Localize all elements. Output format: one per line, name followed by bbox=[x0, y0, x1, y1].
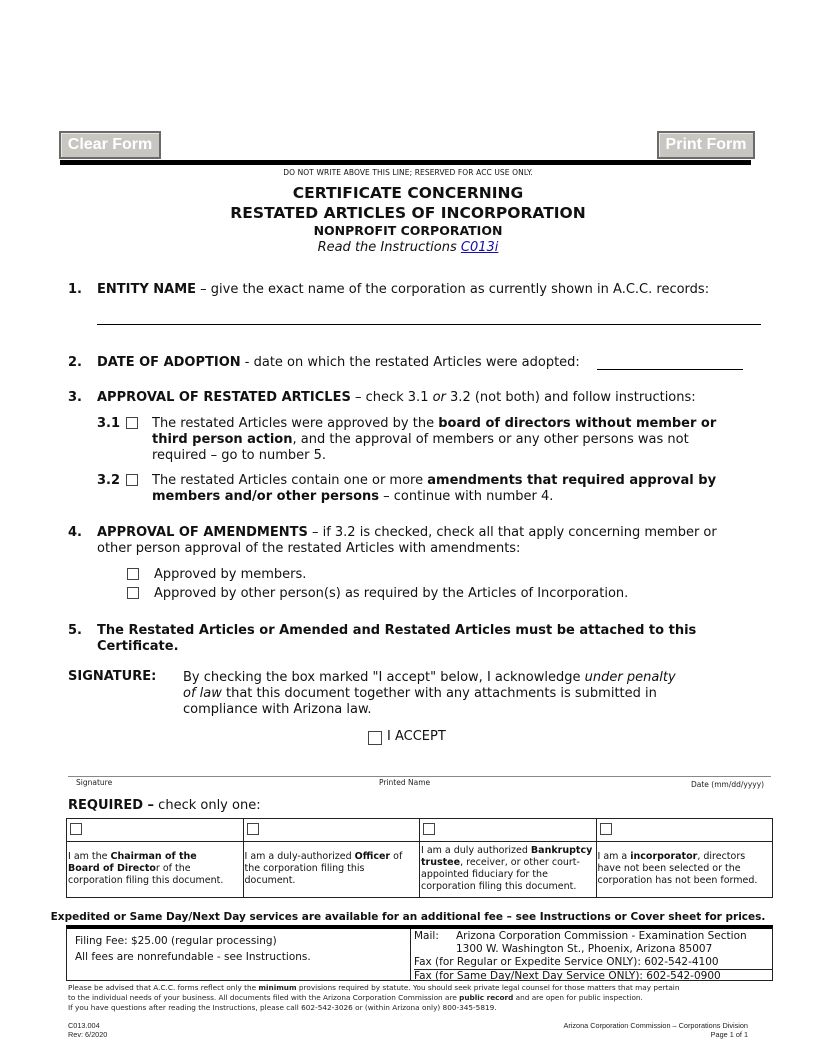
mail-fax-details: Mail: Arizona Corporation Commission - E… bbox=[411, 929, 772, 980]
section-5-number: 5. bbox=[68, 623, 82, 638]
section-2-label: DATE OF ADOPTION - date on which the res… bbox=[97, 355, 580, 371]
signature-caption: Signature bbox=[76, 778, 112, 787]
role-chairman-checkbox[interactable] bbox=[70, 823, 82, 835]
rb-p2: , receiver, or other court- bbox=[460, 857, 580, 868]
rb-p1: I am a duly authorized bbox=[421, 845, 531, 856]
nonrefundable-note: All fees are nonrefundable - see Instruc… bbox=[75, 951, 410, 963]
ro-b1: Officer bbox=[355, 851, 390, 862]
fee-details: Filing Fee: $25.00 (regular processing) … bbox=[67, 929, 411, 980]
role-bankruptcy-checkbox[interactable] bbox=[423, 823, 435, 835]
reserved-notice: DO NOT WRITE ABOVE THIS LINE; RESERVED F… bbox=[0, 168, 816, 177]
role-incorporator-checkbox[interactable] bbox=[600, 823, 612, 835]
agency-name: Arizona Corporation Commission – Corpora… bbox=[563, 1021, 748, 1030]
entity-name-heading: ENTITY NAME bbox=[97, 282, 196, 297]
option-3-1-text: The restated Articles were approved by t… bbox=[152, 416, 752, 464]
section-4-label: APPROVAL OF AMENDMENTS – if 3.2 is check… bbox=[97, 525, 717, 557]
option-3-2-label: 3.2 bbox=[97, 473, 120, 488]
option-3-1-checkbox[interactable] bbox=[126, 417, 138, 429]
option-3-1-label: 3.1 bbox=[97, 416, 120, 431]
fax-regular: Fax (for Regular or Expedite Service ONL… bbox=[414, 956, 772, 970]
option-3-2-checkbox[interactable] bbox=[126, 474, 138, 486]
ri-b1: incorporator bbox=[630, 851, 697, 862]
section-1-number: 1. bbox=[68, 282, 82, 297]
section-3-text-b: 3.2 (not both) and follow instructions: bbox=[446, 390, 696, 405]
ri-p4: corporation has not been formed. bbox=[598, 875, 758, 886]
approved-by-members-label: Approved by members. bbox=[154, 567, 306, 583]
o31-b2: third person action bbox=[152, 432, 293, 447]
rb-p3: appointed fiduciary for the bbox=[421, 869, 548, 880]
disc-l1b: minimum bbox=[258, 983, 296, 992]
approval-restated-heading: APPROVAL OF RESTATED ARTICLES bbox=[97, 390, 351, 405]
approved-by-others-label: Approved by other person(s) as required … bbox=[154, 586, 628, 602]
approved-by-members-checkbox[interactable] bbox=[127, 568, 139, 580]
printed-name-caption: Printed Name bbox=[379, 778, 430, 787]
ro-p1: I am a duly-authorized bbox=[245, 851, 355, 862]
instructions-link[interactable]: C013i bbox=[461, 240, 499, 255]
date-of-adoption-instructions: - date on which the restated Articles we… bbox=[241, 355, 580, 370]
sig-t1: By checking the box marked "I accept" be… bbox=[183, 670, 585, 685]
mail-line1: Arizona Corporation Commission - Examina… bbox=[456, 930, 772, 942]
form-title-line1: CERTIFICATE CONCERNING bbox=[0, 184, 816, 202]
signer-role-table: I am the Chairman of the Board of Direct… bbox=[66, 818, 773, 898]
approved-by-others-checkbox[interactable] bbox=[127, 587, 139, 599]
required-sub: check only one: bbox=[154, 798, 261, 813]
i-accept-checkbox[interactable] bbox=[368, 731, 382, 745]
o31-t2: , and the approval of members or any oth… bbox=[293, 432, 689, 447]
signature-statement: By checking the box marked "I accept" be… bbox=[183, 670, 743, 718]
rc-p2: r of the bbox=[156, 863, 191, 874]
required-label: REQUIRED – bbox=[68, 798, 154, 813]
section-3-text: – check 3.1 bbox=[351, 390, 433, 405]
clear-form-button[interactable]: Clear Form bbox=[59, 131, 161, 159]
rb-p4: corporation filing this document. bbox=[421, 881, 576, 892]
legal-disclaimer: Please be advised that A.C.C. forms refl… bbox=[68, 983, 679, 1012]
form-subtitle: NONPROFIT CORPORATION bbox=[0, 223, 816, 238]
signature-line bbox=[68, 776, 771, 777]
role-bankruptcy-text: I am a duly authorized Bankruptcy truste… bbox=[420, 845, 596, 893]
s5-line1: The Restated Articles or Amended and Res… bbox=[97, 623, 696, 638]
o31-b1: board of directors without member or bbox=[438, 416, 716, 431]
disc-l2c: and are open for public inspection. bbox=[513, 993, 643, 1002]
entity-name-instructions: – give the exact name of the corporation… bbox=[196, 282, 709, 297]
date-of-adoption-field[interactable] bbox=[597, 355, 743, 370]
section-3-or: or bbox=[433, 390, 446, 405]
sig-t1i: under penalty bbox=[585, 670, 676, 685]
role-incorporator: I am a incorporator, directors have not … bbox=[597, 819, 773, 897]
section-1-label: ENTITY NAME – give the exact name of the… bbox=[97, 282, 709, 298]
filing-fee: Filing Fee: $25.00 (regular processing) bbox=[75, 935, 410, 947]
sig-t2i: of law bbox=[183, 686, 222, 701]
print-form-button[interactable]: Print Form bbox=[657, 131, 755, 159]
role-officer: I am a duly-authorized Officer of the co… bbox=[244, 819, 421, 897]
o32-b2: members and/or other persons bbox=[152, 489, 379, 504]
mail-line2: 1300 W. Washington St., Phoenix, Arizona… bbox=[456, 943, 772, 955]
role-chairman: I am the Chairman of the Board of Direct… bbox=[67, 819, 244, 897]
expedite-notice: Expedited or Same Day/Next Day services … bbox=[0, 911, 816, 923]
instructions-prefix: Read the Instructions bbox=[318, 240, 461, 255]
sig-t3: compliance with Arizona law. bbox=[183, 702, 372, 717]
role-incorporator-text: I am a incorporator, directors have not … bbox=[597, 851, 773, 887]
disc-l3: If you have questions after reading the … bbox=[68, 1003, 497, 1012]
approval-amendments-heading: APPROVAL OF AMENDMENTS bbox=[97, 525, 308, 540]
sig-t2: that this document together with any att… bbox=[222, 686, 657, 701]
section-4-number: 4. bbox=[68, 525, 82, 540]
page-number: Page 1 of 1 bbox=[711, 1030, 748, 1039]
o32-b1: amendments that required approval by bbox=[427, 473, 716, 488]
s4-text1: – if 3.2 is checked, check all that appl… bbox=[308, 525, 717, 540]
fax-sameday: Fax (for Same Day/Next Day Service ONLY)… bbox=[414, 970, 772, 982]
section-5-text: The Restated Articles or Amended and Res… bbox=[97, 623, 696, 655]
disc-l1c: provisions required by statute. You shou… bbox=[297, 983, 680, 992]
entity-name-field[interactable] bbox=[97, 310, 761, 325]
date-caption: Date (mm/dd/yyyy) bbox=[691, 780, 764, 789]
rb-b1: Bankruptcy bbox=[531, 845, 592, 856]
ro-p2: of bbox=[390, 851, 402, 862]
required-heading: REQUIRED – check only one: bbox=[68, 798, 261, 814]
ro-p4: document. bbox=[245, 875, 296, 886]
o31-t3: required – go to number 5. bbox=[152, 448, 326, 463]
role-officer-checkbox[interactable] bbox=[247, 823, 259, 835]
rc-b2: Board of Directo bbox=[68, 863, 156, 874]
i-accept-label: I ACCEPT bbox=[387, 729, 446, 745]
signature-heading: SIGNATURE: bbox=[68, 669, 156, 684]
section-2-number: 2. bbox=[68, 355, 82, 370]
o31-t1: The restated Articles were approved by t… bbox=[152, 416, 438, 431]
s5-line2: Certificate. bbox=[97, 639, 179, 654]
disc-l2a: to the individual needs of your business… bbox=[68, 993, 459, 1002]
o32-t2: – continue with number 4. bbox=[379, 489, 553, 504]
rc-p1: I am the bbox=[68, 851, 111, 862]
form-revision: Rev: 6/2020 bbox=[68, 1030, 107, 1039]
date-of-adoption-heading: DATE OF ADOPTION bbox=[97, 355, 241, 370]
acc-reserved-divider bbox=[60, 160, 751, 165]
ri-p3: have not been selected or the bbox=[598, 863, 741, 874]
fee-info-box: Filing Fee: $25.00 (regular processing) … bbox=[66, 925, 773, 981]
rc-b1: Chairman of the bbox=[111, 851, 197, 862]
ro-p3: the corporation filing this bbox=[245, 863, 365, 874]
rc-p3: corporation filing this document. bbox=[68, 875, 223, 886]
ri-p1: I am a bbox=[598, 851, 631, 862]
section-3-number: 3. bbox=[68, 390, 82, 405]
ri-p2: , directors bbox=[697, 851, 745, 862]
s4-text2: other person approval of the restated Ar… bbox=[97, 541, 520, 556]
o32-t1: The restated Articles contain one or mor… bbox=[152, 473, 427, 488]
rb-b2: trustee bbox=[421, 857, 460, 868]
role-officer-text: I am a duly-authorized Officer of the co… bbox=[244, 851, 420, 887]
form-title-line2: RESTATED ARTICLES OF INCORPORATION bbox=[0, 204, 816, 222]
role-chairman-text: I am the Chairman of the Board of Direct… bbox=[67, 851, 243, 887]
section-3-label: APPROVAL OF RESTATED ARTICLES – check 3.… bbox=[97, 390, 696, 406]
disc-l2b: public record bbox=[459, 993, 513, 1002]
form-code: C013.004 bbox=[68, 1021, 100, 1030]
disc-l1a: Please be advised that A.C.C. forms refl… bbox=[68, 983, 258, 992]
option-3-2-text: The restated Articles contain one or mor… bbox=[152, 473, 752, 505]
instructions-line: Read the Instructions C013i bbox=[0, 240, 816, 255]
role-bankruptcy-trustee: I am a duly authorized Bankruptcy truste… bbox=[420, 819, 597, 897]
